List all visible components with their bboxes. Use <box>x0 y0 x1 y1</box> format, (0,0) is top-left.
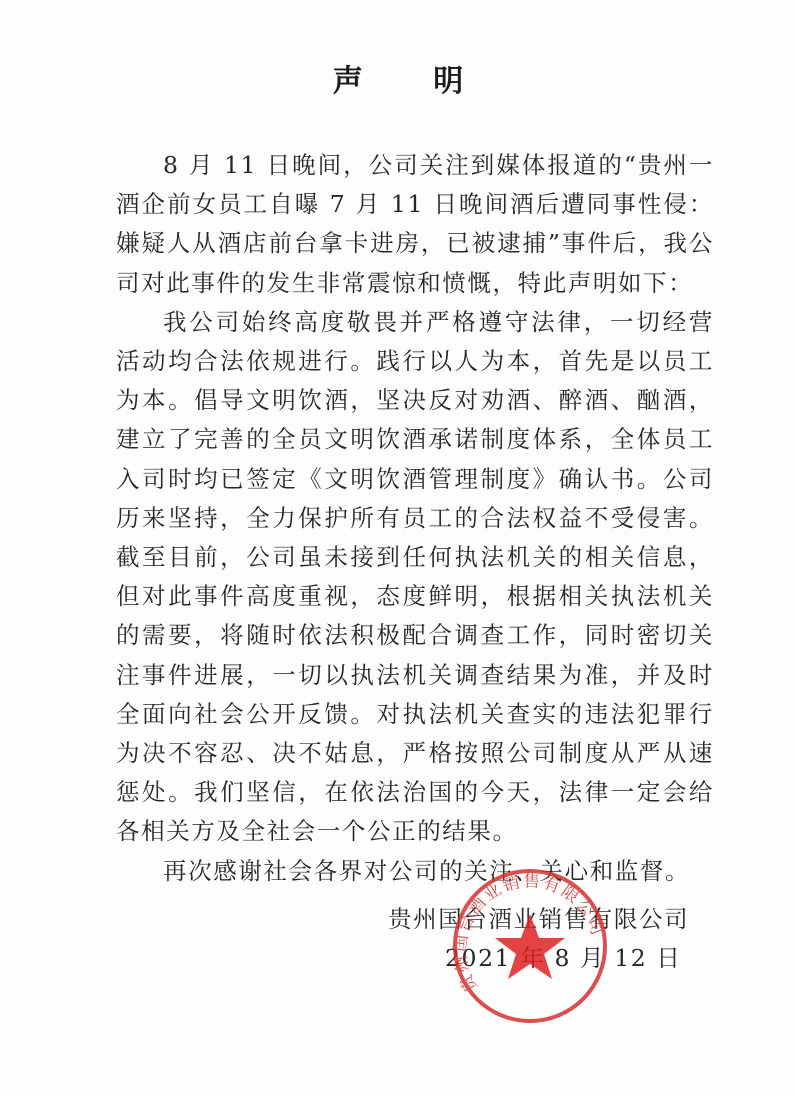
paragraph-intro: 8 月 11 日晚间，公司关注到媒体报道的“贵州一酒企前女员工自曝 7 月 11… <box>116 146 714 303</box>
document-body: 8 月 11 日晚间，公司关注到媒体报道的“贵州一酒企前女员工自曝 7 月 11… <box>116 146 714 891</box>
paragraph-main: 我公司始终高度敬畏并严格遵守法律，一切经营活动均合法依规进行。践行以人为本，首先… <box>116 303 714 852</box>
star-icon <box>495 914 565 979</box>
document-title: 声 明 <box>0 56 796 100</box>
statement-page: 声 明 8 月 11 日晚间，公司关注到媒体报道的“贵州一酒企前女员工自曝 7 … <box>0 0 796 1096</box>
company-seal-icon: 贵州国台酒业销售有限公司 <box>448 866 612 1026</box>
paragraph-thanks: 再次感谢社会各界对公司的关注、关心和监督。 <box>116 852 714 891</box>
